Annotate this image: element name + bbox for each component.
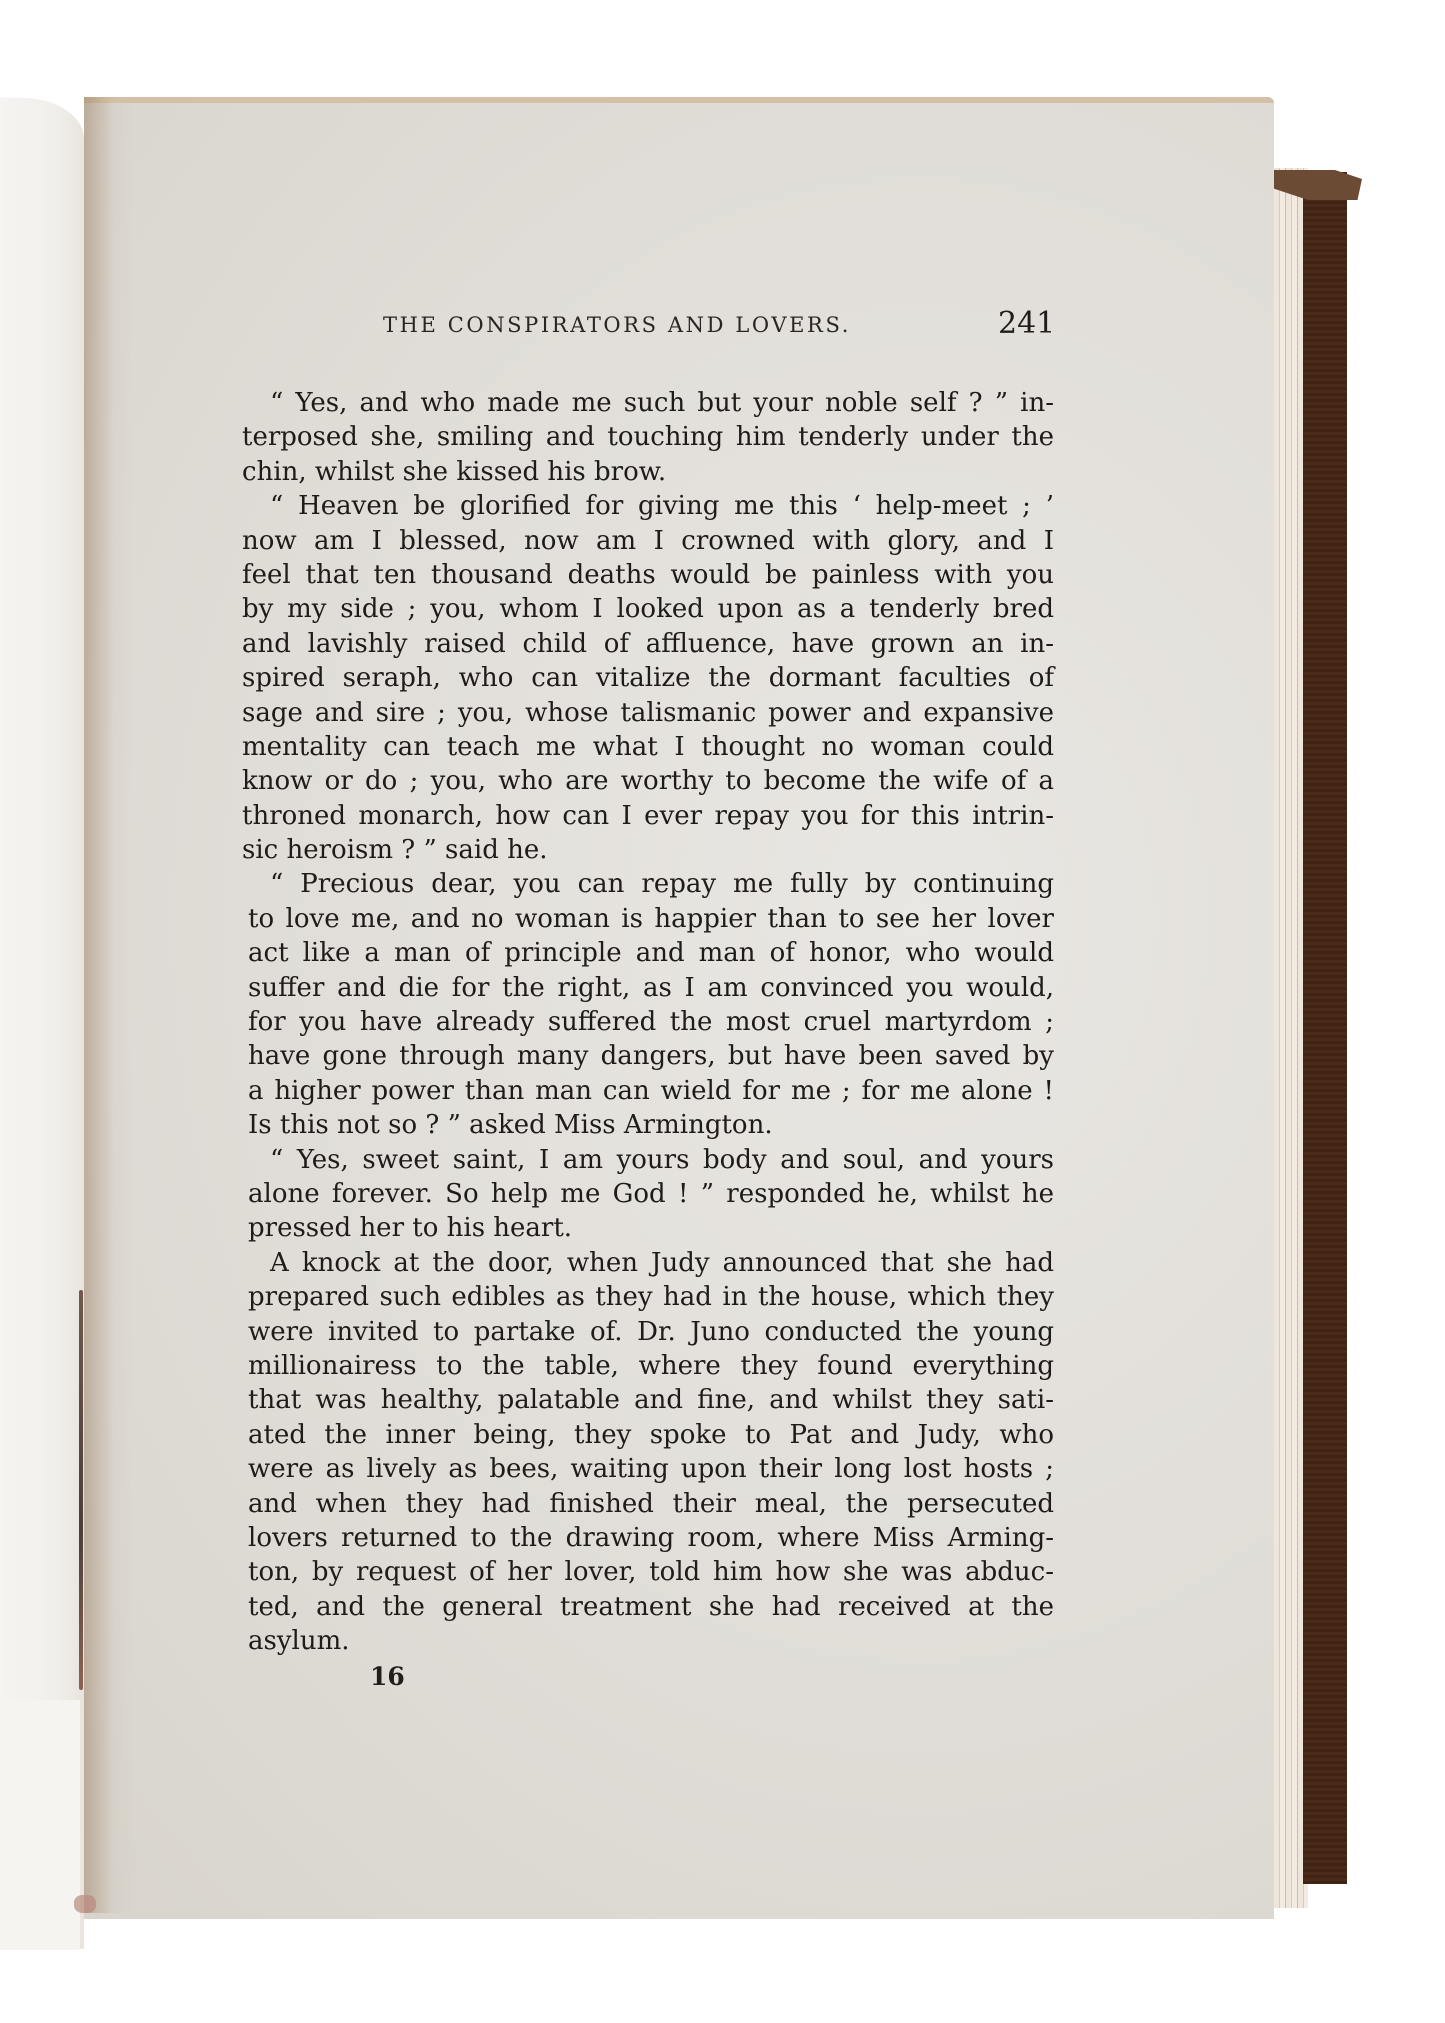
text-line: and lavishly raised child of affluence, … <box>242 627 1054 661</box>
text-line: “ Precious dear, you can repay me fully … <box>242 867 1054 901</box>
text-line: mentality can teach me what I thought no… <box>242 730 1054 764</box>
text-line: Is this not so ? ” asked Miss Armington. <box>242 1108 1054 1142</box>
book-cover <box>1303 172 1347 1884</box>
text-line: act like a man of principle and man of h… <box>242 936 1054 970</box>
text-line: for you have already suffered the most c… <box>242 1005 1054 1039</box>
text-line: terposed she, smiling and touching him t… <box>242 420 1054 454</box>
page-number: 241 <box>998 306 1055 341</box>
text-line: ated the inner being, they spoke to Pat … <box>242 1418 1054 1452</box>
body-text: “ Yes, and who made me such but your nob… <box>242 386 1054 1658</box>
text-line: “ Heaven be glorified for giving me this… <box>242 489 1054 523</box>
text-line: lovers returned to the drawing room, whe… <box>242 1521 1054 1555</box>
text-line: to love me, and no woman is happier than… <box>242 902 1054 936</box>
gutter-shadow <box>84 97 134 1913</box>
running-head: THE CONSPIRATORS AND LOVERS. <box>383 313 913 337</box>
text-line: pressed her to his heart. <box>242 1211 1054 1245</box>
binding-stain <box>74 1895 96 1913</box>
text-line: by my side ; you, whom I looked upon as … <box>242 592 1054 626</box>
text-line: know or do ; you, who are worthy to beco… <box>242 764 1054 798</box>
text-line: prepared such edibles as they had in the… <box>242 1280 1054 1314</box>
left-page-lower <box>0 1700 80 1950</box>
text-line: and when they had finished their meal, t… <box>242 1487 1054 1521</box>
text-line: ted, and the general treatment she had r… <box>242 1590 1054 1624</box>
text-line: sic heroism ? ” said he. <box>242 833 1054 867</box>
left-page <box>0 97 84 1949</box>
text-line: were invited to partake of. Dr. Juno con… <box>242 1315 1054 1349</box>
text-line: sage and sire ; you, whose talismanic po… <box>242 696 1054 730</box>
text-line: now am I blessed, now am I crowned with … <box>242 524 1054 558</box>
text-line: ton, by request of her lover, told him h… <box>242 1555 1054 1589</box>
text-line: “ Yes, sweet saint, I am yours body and … <box>242 1143 1054 1177</box>
text-line: throned monarch, how can I ever repay yo… <box>242 799 1054 833</box>
text-line: alone forever. So help me God ! ” respon… <box>242 1177 1054 1211</box>
text-line: a higher power than man can wield for me… <box>242 1074 1054 1108</box>
gutter-binding <box>79 1290 83 1690</box>
text-line: “ Yes, and who made me such but your nob… <box>242 386 1054 420</box>
text-line: spired seraph, who can vitalize the dorm… <box>242 661 1054 695</box>
text-line: feel that ten thousand deaths would be p… <box>242 558 1054 592</box>
text-line: suffer and die for the right, as I am co… <box>242 971 1054 1005</box>
text-line: that was healthy, palatable and fine, an… <box>242 1383 1054 1417</box>
text-line: A knock at the door, when Judy announced… <box>242 1246 1054 1280</box>
text-line: have gone through many dangers, but have… <box>242 1039 1054 1073</box>
text-line: millionairess to the table, where they f… <box>242 1349 1054 1383</box>
signature-mark: 16 <box>370 1662 405 1691</box>
text-line: were as lively as bees, waiting upon the… <box>242 1452 1054 1486</box>
text-line: chin, whilst she kissed his brow. <box>242 455 1054 489</box>
text-line: asylum. <box>242 1624 1054 1658</box>
